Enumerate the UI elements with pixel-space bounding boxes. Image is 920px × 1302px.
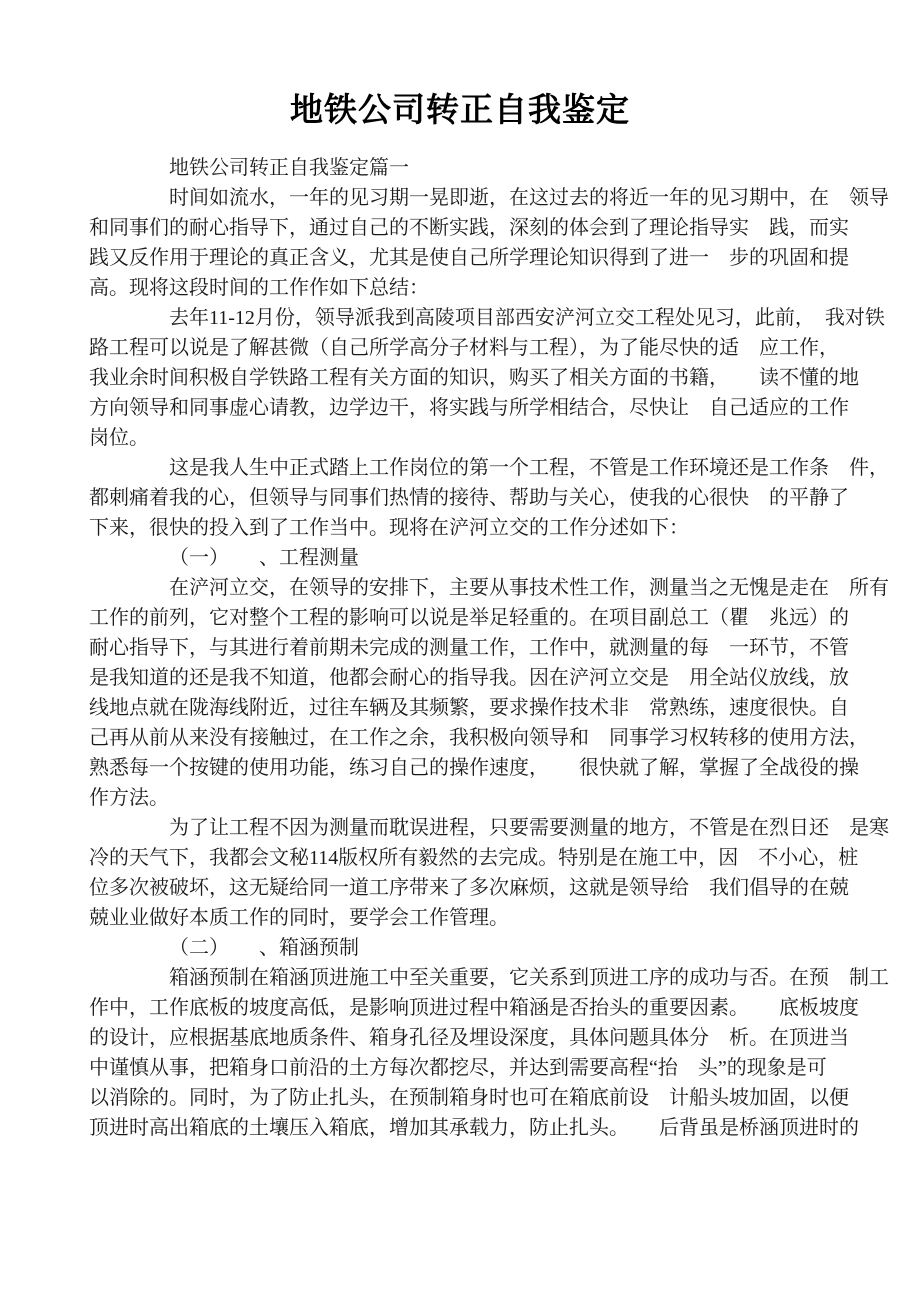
text-line: 下来，很快的投入到了工作当中。现将在浐河立交的工作分述如下：: [89, 513, 880, 543]
text-line: 作中，工作底板的坡度高低，是影响顶进过程中箱涵是否抬头的重要因素。 底板坡度: [89, 993, 880, 1023]
paragraph: （一） 、工程测量: [89, 543, 880, 573]
text-line: 线地点就在陇海线附近，过往车辆及其频繁，要求操作技术非 常熟练，速度很快。自: [89, 693, 880, 723]
text-line: 耐心指导下，与其进行着前期未完成的测量工作，工作中，就测量的每 一环节，不管: [89, 633, 880, 663]
text-line: 路工程可以说是了解甚微（自己所学高分子材料与工程），为了能尽快的适 应工作，: [89, 333, 880, 363]
text-line: 时间如流水，一年的见习期一晃即逝，在这过去的将近一年的见习期中，在 领导: [89, 183, 880, 213]
document-body: 地铁公司转正自我鉴定篇一时间如流水，一年的见习期一晃即逝，在这过去的将近一年的见…: [0, 153, 920, 1143]
text-line: （一） 、工程测量: [89, 543, 880, 573]
text-line: 中谨慎从事，把箱身口前沿的土方每次都挖尽，并达到需要高程“抬 头”的现象是可: [89, 1053, 880, 1083]
text-line: 熟悉每一个按键的使用功能，练习自己的操作速度， 很快就了解，掌握了全战役的操: [89, 753, 880, 783]
text-line: 冷的天气下，我都会文秘114版权所有毅然的去完成。特别是在施工中，因 不小心，桩: [89, 843, 880, 873]
text-line: 工作的前列，它对整个工程的影响可以说是举足轻重的。在项目副总工（瞿 兆远）的: [89, 603, 880, 633]
text-line: 去年11-12月份，领导派我到高陵项目部西安浐河立交工程处见习，此前， 我对铁: [89, 303, 880, 333]
text-line: 岗位。: [89, 423, 880, 453]
text-line: 位多次被破坏，这无疑给同一道工序带来了多次麻烦，这就是领导给 我们倡导的在兢: [89, 873, 880, 903]
text-line: 和同事们的耐心指导下，通过自己的不断实践，深刻的体会到了理论指导实 践，而实: [89, 213, 880, 243]
text-line: 顶进时高出箱底的土壤压入箱底，增加其承载力，防止扎头。 后背虽是桥涵顶进时的: [89, 1113, 880, 1143]
paragraph: 在浐河立交，在领导的安排下，主要从事技术性工作，测量当之无愧是走在 所有工作的前…: [89, 573, 880, 813]
text-line: 箱涵预制在箱涵顶进施工中至关重要，它关系到顶进工序的成功与否。在预 制工: [89, 963, 880, 993]
text-line: 这是我人生中正式踏上工作岗位的第一个工程，不管是工作环境还是工作条 件，: [89, 453, 880, 483]
text-line: 在浐河立交，在领导的安排下，主要从事技术性工作，测量当之无愧是走在 所有: [89, 573, 880, 603]
paragraph: （二） 、箱涵预制: [89, 933, 880, 963]
text-line: 作方法。: [89, 783, 880, 813]
paragraph: 时间如流水，一年的见习期一晃即逝，在这过去的将近一年的见习期中，在 领导和同事们…: [89, 183, 880, 303]
paragraph: 去年11-12月份，领导派我到高陵项目部西安浐河立交工程处见习，此前， 我对铁路…: [89, 303, 880, 453]
paragraph: 这是我人生中正式踏上工作岗位的第一个工程，不管是工作环境还是工作条 件，都刺痛着…: [89, 453, 880, 543]
text-line: 地铁公司转正自我鉴定篇一: [89, 153, 880, 183]
text-line: 我业余时间积极自学铁路工程有关方面的知识，购买了相关方面的书籍， 读不懂的地: [89, 363, 880, 393]
text-line: 方向领导和同事虚心请教，边学边干，将实践与所学相结合，尽快让 自己适应的工作: [89, 393, 880, 423]
text-line: 高。现将这段时间的工作作如下总结：: [89, 273, 880, 303]
text-line: 兢业业做好本质工作的同时，要学会工作管理。: [89, 903, 880, 933]
text-line: 的设计，应根据基底地质条件、箱身孔径及埋设深度，具体问题具体分 析。在顶进当: [89, 1023, 880, 1053]
document-page: 地铁公司转正自我鉴定 地铁公司转正自我鉴定篇一时间如流水，一年的见习期一晃即逝，…: [0, 0, 920, 1302]
paragraph: 为了让工程不因为测量而耽误进程，只要需要测量的地方，不管是在烈日还 是寒冷的天气…: [89, 813, 880, 933]
text-line: 为了让工程不因为测量而耽误进程，只要需要测量的地方，不管是在烈日还 是寒: [89, 813, 880, 843]
text-line: 是我知道的还是我不知道，他都会耐心的指导我。因在浐河立交是 用全站仪放线，放: [89, 663, 880, 693]
text-line: 以消除的。同时，为了防止扎头，在预制箱身时也可在箱底前设 计船头坡加固，以便: [89, 1083, 880, 1113]
document-title: 地铁公司转正自我鉴定: [0, 0, 920, 130]
paragraph: 地铁公司转正自我鉴定篇一: [89, 153, 880, 183]
text-line: 都刺痛着我的心，但领导与同事们热情的接待、帮助与关心，使我的心很快 的平静了: [89, 483, 880, 513]
text-line: （二） 、箱涵预制: [89, 933, 880, 963]
text-line: 己再从前从来没有接触过，在工作之余，我积极向领导和 同事学习权转移的使用方法，: [89, 723, 880, 753]
paragraph: 箱涵预制在箱涵顶进施工中至关重要，它关系到顶进工序的成功与否。在预 制工作中，工…: [89, 963, 880, 1143]
text-line: 践又反作用于理论的真正含义，尤其是使自己所学理论知识得到了进一 步的巩固和提: [89, 243, 880, 273]
